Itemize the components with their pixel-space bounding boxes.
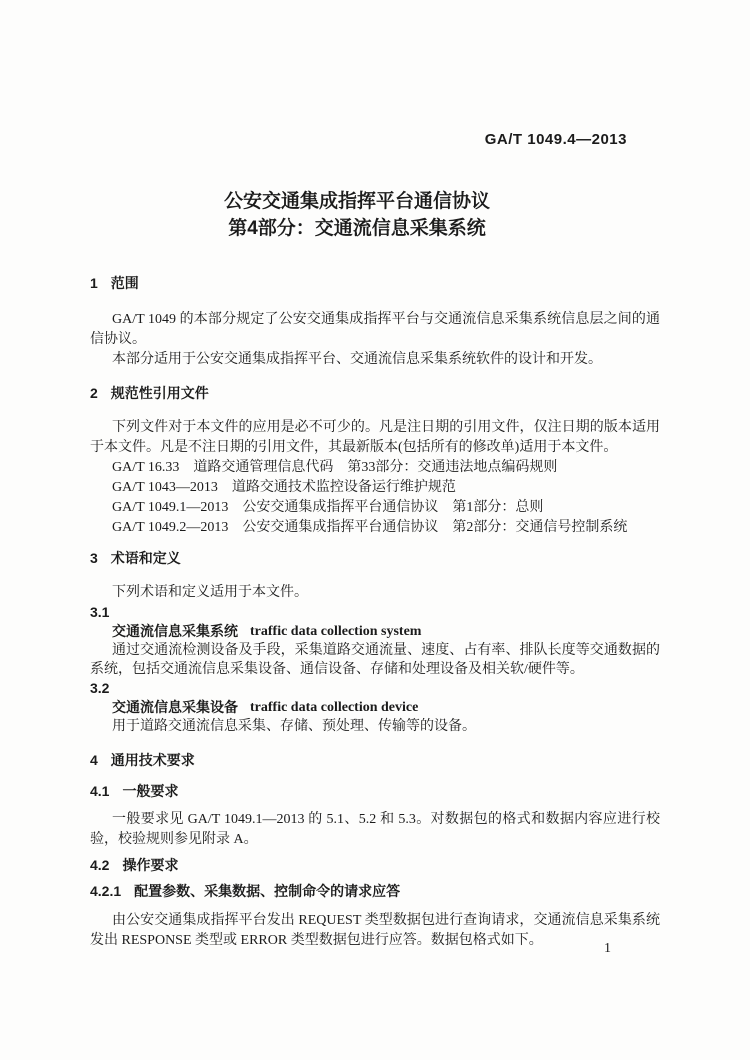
section-4-2-number: 4.2 <box>90 855 109 875</box>
section-4-1-heading: 4.1 一般要求 <box>90 781 660 801</box>
document-page: GA/T 1049.4—2013 公安交通集成指挥平台通信协议 第4部分：交通流… <box>0 0 750 1060</box>
term-number: 3.2 <box>90 679 660 698</box>
term-number: 3.1 <box>90 603 660 622</box>
section-2-title: 规范性引用文件 <box>111 383 209 403</box>
normative-references-list: GA/T 16.33 道路交通管理信息代码 第33部分：交通违法地点编码规则 G… <box>90 458 660 538</box>
term-name-en: traffic data collection system <box>250 622 421 641</box>
terms-list: 3.1 交通流信息采集系统 traffic data collection sy… <box>90 603 660 736</box>
term-name-cn: 交通流信息采集系统 <box>112 622 238 641</box>
term-entry: 交通流信息采集设备 traffic data collection device <box>90 698 660 717</box>
section-3-heading: 3 术语和定义 <box>90 548 660 568</box>
section-4-1-paragraph: 一般要求见 GA/T 1049.1—2013 的 5.1、5.2 和 5.3。对… <box>90 810 660 850</box>
reference-item: GA/T 1049.2—2013 公安交通集成指挥平台通信协议 第2部分：交通信… <box>90 518 660 538</box>
section-2-heading: 2 规范性引用文件 <box>90 383 660 403</box>
reference-item: GA/T 16.33 道路交通管理信息代码 第33部分：交通违法地点编码规则 <box>90 458 660 478</box>
section-1-heading: 1 范围 <box>90 273 660 293</box>
document-title-line1: 公安交通集成指挥平台通信协议 <box>0 188 714 215</box>
reference-item: GA/T 1043—2013 道路交通技术监控设备运行维护规范 <box>90 478 660 498</box>
section-4-2-1-number: 4.2.1 <box>90 881 121 901</box>
section-4-2-heading: 4.2 操作要求 <box>90 855 660 875</box>
section-4-2-1-title: 配置参数、采集数据、控制命令的请求应答 <box>134 881 400 901</box>
section-1-title: 范围 <box>111 273 139 293</box>
section-3-intro: 下列术语和定义适用于本文件。 <box>90 583 660 603</box>
document-title: 公安交通集成指挥平台通信协议 第4部分：交通流信息采集系统 <box>0 188 714 242</box>
reference-item: GA/T 1049.1—2013 公安交通集成指挥平台通信协议 第1部分：总则 <box>90 498 660 518</box>
page-number: 1 <box>604 941 611 957</box>
document-body: 1 范围 GA/T 1049 的本部分规定了公安交通集成指挥平台与交通流信息采集… <box>90 273 660 951</box>
standard-code-header: GA/T 1049.4—2013 <box>485 131 627 148</box>
term-entry: 交通流信息采集系统 traffic data collection system <box>90 622 660 641</box>
term-name-cn: 交通流信息采集设备 <box>112 698 238 717</box>
term-name-en: traffic data collection device <box>250 698 418 717</box>
section-1-paragraph-1: GA/T 1049 的本部分规定了公安交通集成指挥平台与交通流信息采集系统信息层… <box>90 310 660 350</box>
section-4-2-1-heading: 4.2.1 配置参数、采集数据、控制命令的请求应答 <box>90 881 660 901</box>
section-4-2-1-paragraph: 由公安交通集成指挥平台发出 REQUEST 类型数据包进行查询请求，交通流信息采… <box>90 911 660 951</box>
section-4-1-number: 4.1 <box>90 781 109 801</box>
section-4-title: 通用技术要求 <box>111 750 195 770</box>
section-2-intro: 下列文件对于本文件的应用是必不可少的。凡是注日期的引用文件，仅注日期的版本适用于… <box>90 418 660 458</box>
section-4-2-title: 操作要求 <box>122 855 178 875</box>
document-title-line2: 第4部分：交通流信息采集系统 <box>0 215 714 242</box>
section-4-heading: 4 通用技术要求 <box>90 750 660 770</box>
section-1-paragraph-2: 本部分适用于公安交通集成指挥平台、交通流信息采集系统软件的设计和开发。 <box>90 350 660 370</box>
section-3-number: 3 <box>90 548 98 568</box>
section-2-number: 2 <box>90 383 98 403</box>
section-1-number: 1 <box>90 273 98 293</box>
section-4-1-title: 一般要求 <box>122 781 178 801</box>
section-3-title: 术语和定义 <box>111 548 181 568</box>
section-4-number: 4 <box>90 750 98 770</box>
term-definition: 通过交通流检测设备及手段，采集道路交通流量、速度、占有率、排队长度等交通数据的系… <box>90 641 660 679</box>
term-definition: 用于道路交通流信息采集、存储、预处理、传输等的设备。 <box>90 717 660 736</box>
